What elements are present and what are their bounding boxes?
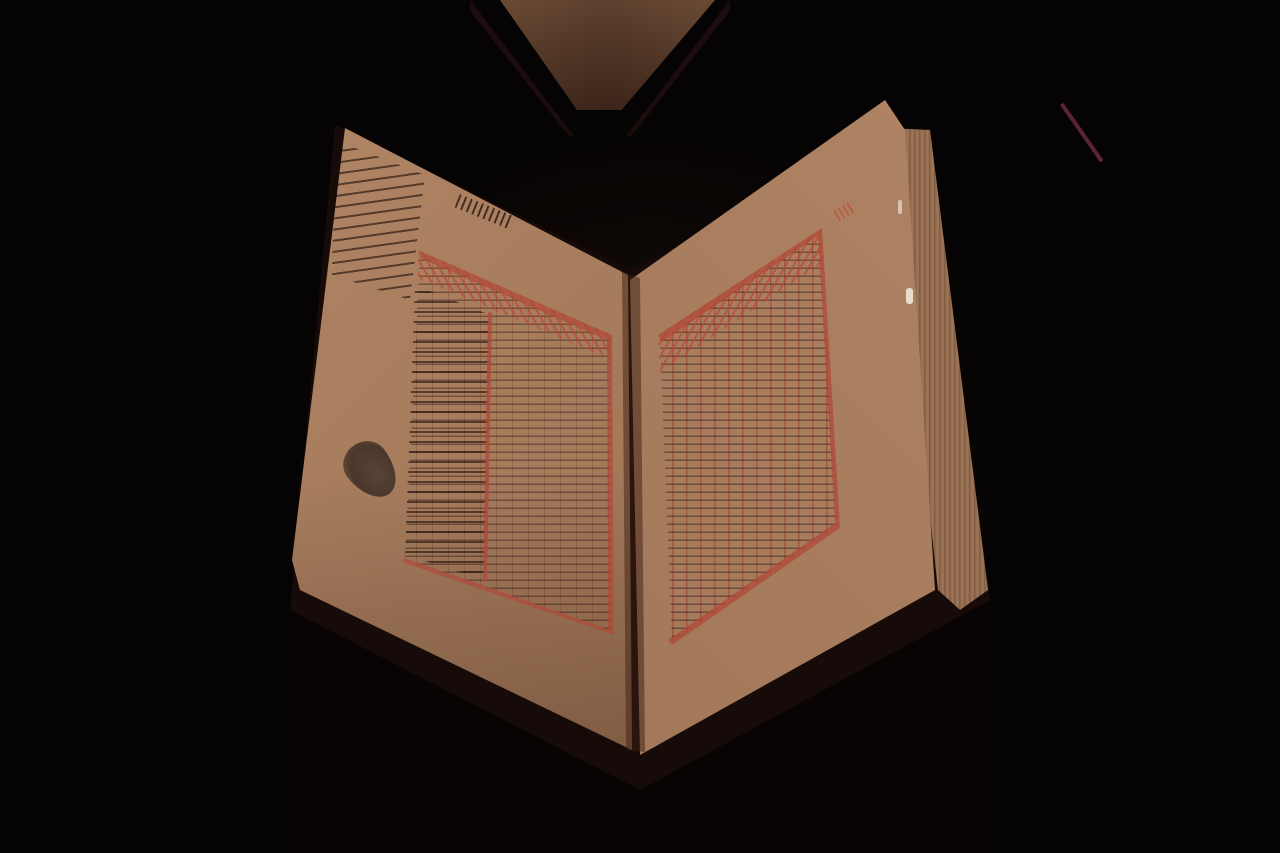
paper-tab bbox=[898, 200, 902, 214]
manuscript bbox=[0, 0, 1280, 853]
paper-tab bbox=[906, 288, 913, 304]
gutter bbox=[0, 0, 1280, 853]
